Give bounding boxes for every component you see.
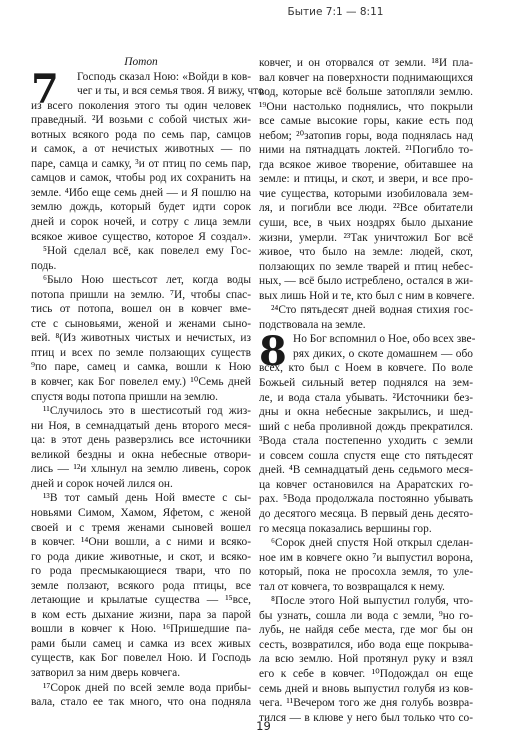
text-line: чега. ¹¹Вечером того же дня голубь возвр… (259, 696, 473, 711)
chapter-number-7: 7 (31, 72, 59, 108)
text-line: рами были самец и самка из всех живых (31, 637, 251, 652)
text-line: ними на пятнадцать локтей. ²¹Погибло то- (259, 143, 473, 158)
text-line: существ, как Бог повелел Ною. И Господь (31, 651, 251, 666)
text-line: своей и с тремя женами сыновей вошел (31, 521, 251, 536)
text-line: и самок, а от нечистых животных — по (31, 142, 251, 157)
text-line: го рода дикие животные, и скот, и всяко- (31, 550, 251, 565)
text-line: земле: и птицы, и скот, и звери, и все п… (259, 172, 473, 187)
text-line: праведный. ²И возьми с собой чистых жи- (31, 113, 251, 128)
text-line: ⁸После этого Ной выпустил голубя, что- (259, 594, 473, 609)
text-line: вотных всякого рода по семь пар, самцов (31, 128, 251, 143)
text-line: подь. (31, 259, 251, 274)
text-line: земле. ⁴Ибо еще семь дней — и Я пошлю на (31, 186, 251, 201)
text-line: дней и сорок ночей лился он. (31, 477, 251, 492)
text-line: рях диких, о скоте домашнем — обо (259, 347, 473, 362)
text-line: летающие и крылатые существа — ¹⁵все, (31, 593, 251, 608)
text-line: небом; ²⁰затопив горы, вода поднялась на… (259, 129, 473, 144)
text-line: ⁹по паре, самец и самка, вошли к Ною (31, 360, 251, 375)
text-line: ¹⁷Сорок дней по всей земле вода прибы- (31, 681, 251, 696)
text-line: ковчег, и он оторвался от земли. ¹⁸И пла… (259, 56, 473, 71)
text-line: новьями Симом, Хамом, Яфетом, с женой (31, 506, 251, 521)
text-line: лись — ¹²и хлынул на землю ливень, сорок (31, 462, 251, 477)
section-heading: Потоп (31, 55, 251, 70)
text-line: ля, и погибли все люди. ²²Все обитатели (259, 201, 473, 216)
text-line: всех, кто был с Ноем в ковчеге. По воле (259, 361, 473, 376)
text-line: Господь сказал Ною: «Войди в ков- (31, 70, 251, 85)
text-line: подствовала на земле. (259, 318, 473, 333)
text-line: великой бездны и окна небесные отвори- (31, 448, 251, 463)
text-line: который, пока не просохла земля, то уле- (259, 565, 473, 580)
text-line: затворил за ним дверь ковчега. (31, 666, 251, 681)
text-line: жизни, умерли. ²³Так уничтожил Бог всё (259, 231, 473, 246)
text-line: дны и окна небесные закрылись, и шед- (259, 405, 473, 420)
chapter-8-opening: 8 Но Бог вспомнил о Ное, обо всех зве- р… (259, 332, 473, 361)
text-line: ни Ноя, в семнадцатый день второго меся- (31, 419, 251, 434)
text-line: вых лишь Ной и те, кто был с ним в ковче… (259, 289, 473, 304)
text-line: в ком есть дыхание жизни, пара за парой (31, 608, 251, 623)
right-column: ковчег, и он оторвался от земли. ¹⁸И пла… (259, 56, 473, 725)
text-line: в ковчег, как Бог повелел ему.) ¹⁰Семь д… (31, 375, 251, 390)
text-line: Но Бог вспомнил о Ное, обо всех зве- (259, 332, 473, 347)
text-line: го месяца показались вершины гор. (259, 522, 473, 537)
text-line: паре, самца и самку, ³и от птиц по семь … (31, 157, 251, 172)
text-line: ное им в ковчеге окно ⁷и выпустил ворона… (259, 551, 473, 566)
chapter-number-8: 8 (259, 334, 287, 370)
text-line: птиц и всех по земле ползающих существ (31, 346, 251, 361)
text-line: спустя воды потопа пришли на землю. (31, 390, 251, 405)
text-line: дней и сорок ночей, и сотру с лица земли (31, 215, 251, 230)
text-line: семь дней и вновь выпустил голубя из ков… (259, 682, 473, 697)
page-number: 19 (0, 719, 521, 733)
running-header: Бытие 7:1 — 8:11 (0, 6, 521, 18)
text-line: го рода пресмыкающиеся твари, что по (31, 564, 251, 579)
text-line: гда всякое живое творение, обитавшее на (259, 158, 473, 173)
text-line: и совсем сошла спустя еще сто пятьдесят (259, 449, 473, 464)
text-line: тись от потопа, вошел он в ковчег вме- (31, 302, 251, 317)
text-line: ⁵Ной сделал всё, как повелел ему Гос- (31, 244, 251, 259)
text-line: ле, и вода стала убывать. ²Источники без… (259, 391, 473, 406)
text-line: самцов и самок, чтобы род их сохранить н… (31, 171, 251, 186)
text-line: чег и ты, и вся семья твоя. Я вижу, что (31, 84, 251, 99)
text-line: ший с неба проливной дождь прекратился. (259, 420, 473, 435)
text-line: тал от ковчега, то возвращался к нему. (259, 580, 473, 595)
text-line: ²⁴Сто пятьдесят дней водная стихия гос- (259, 303, 473, 318)
text-line: ⁶Сорок дней спустя Ной открыл сделан- (259, 536, 473, 551)
text-line: лубь, не найдя себе места, где мог бы он (259, 623, 473, 638)
text-line: чие существа, которыми изобиловала зем- (259, 187, 473, 202)
text-line: ползающих по земле тварей и птиц небес- (259, 260, 473, 275)
text-line: рах. ⁵Вода продолжала постоянно убывать (259, 492, 473, 507)
text-line: ца: в этот день разверзлись все источник… (31, 433, 251, 448)
text-line: вошли в ковчег к Ною. ¹⁶Пришедшие па- (31, 622, 251, 637)
text-line: земле ползают, всякого рода птицы, все (31, 579, 251, 594)
chapter-7-opening: 7 Господь сказал Ною: «Войди в ков- чег … (31, 70, 251, 99)
text-line: до десятого месяца. В первый день десято… (259, 507, 473, 522)
text-line: дней. ⁴В семнадцатый день седьмого меся- (259, 463, 473, 478)
text-line: ¹³В тот самый день Ной вместе с сы- (31, 491, 251, 506)
text-line: вей. ⁸(Из животных чистых и нечистых, из (31, 331, 251, 346)
text-line: ⁶Было Ною шестьсот лет, когда воды (31, 273, 251, 288)
text-line: всякое живое существо, которое Я создал»… (31, 230, 251, 245)
text-line: ла всю землю. Ной протянул руку и взял (259, 652, 473, 667)
text-line: ных, — всё было истреблено, остался в жи… (259, 274, 473, 289)
text-line: ¹¹Случилось это в шестисотый год жиз- (31, 404, 251, 419)
text-line: сесть, возвратился, ибо вода еще покрыва… (259, 638, 473, 653)
left-column: Потоп 7 Господь сказал Ною: «Войди в ков… (31, 55, 251, 710)
text-line: суши, все, в чьих ноздрях было дыхание (259, 216, 473, 231)
text-line: все самые высокие горы, какие есть под (259, 114, 473, 129)
text-line: бы узнать, сошла ли вода с земли, ⁹но го… (259, 609, 473, 624)
text-line: сте с сыновьями, женой и женами сыно- (31, 317, 251, 332)
text-line: из всего поколения этого ты один человек (31, 99, 251, 114)
text-line: ³Вода стала постепенно уходить с земли (259, 434, 473, 449)
text-line: Божьей сильный ветер поднялся на зем- (259, 376, 473, 391)
text-line: в ковчег. ¹⁴Они вошли, а с ними и всяко- (31, 535, 251, 550)
text-line: вал ковчег на поверхности поднимающихся (259, 71, 473, 86)
text-line: его к себе в ковчег. ¹⁰Подождал он еще (259, 667, 473, 682)
text-line: землю дождь, который будет идти сорок (31, 200, 251, 215)
text-line: живое, что было на земле: людей, скот, (259, 245, 473, 260)
text-line: вала, стало ее так много, что она поднял… (31, 695, 251, 710)
text-line: вод, которые всё больше затопляли землю. (259, 85, 473, 100)
text-line: потопа пришли на землю. ⁷И, чтобы спас- (31, 288, 251, 303)
text-line: ¹⁹Они настолько поднялись, что покрыли (259, 100, 473, 115)
text-line: ца ковчег остановился на Араратских го- (259, 478, 473, 493)
